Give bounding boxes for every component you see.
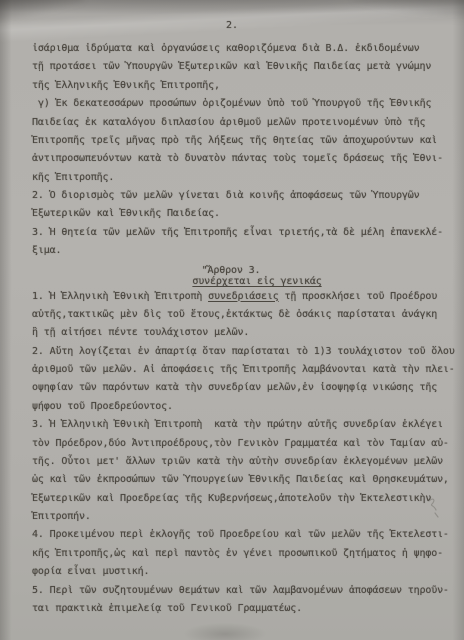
text-line: ἀντιπροσωπευόντων κατὰ τὸ δυνατὸν πάντας… bbox=[32, 150, 444, 168]
text-line: κῆς Ἐπιτροπῆς. bbox=[32, 169, 444, 187]
text-line: τῇ προτάσει τῶν Ὑπουργῶν Ἐξωτερικῶν καὶ … bbox=[32, 58, 444, 76]
underlined-word: συνεδριάσεις bbox=[208, 291, 278, 302]
article-heading: "Ἄρθρον 3. bbox=[25, 265, 437, 277]
article3-paragraph-5: 5. Περὶ τῶν συζητουμένων θεμάτων καὶ τῶν… bbox=[32, 582, 444, 600]
text-line: φορία εἶναι μυστική. bbox=[32, 563, 444, 581]
page-number: 2. bbox=[0, 20, 464, 31]
text-line: ἰσάριθμα ἱδρύματα καὶ ὀργανώσεις καθοριζ… bbox=[32, 40, 444, 58]
text-line: ψήφου τοῦ Προεδρεύοντος. bbox=[32, 398, 444, 416]
text-line: τῆς Ἑλληνικῆς Ἐθνικῆς Ἐπιτροπῆς, bbox=[32, 77, 444, 95]
document-body: ἰσάριθμα ἱδρύματα καὶ ὀργανώσεις καθοριζ… bbox=[32, 40, 444, 618]
document-page: 2. ἰσάριθμα ἱδρύματα καὶ ὀργανώσεις καθο… bbox=[0, 0, 464, 640]
text-line: Ἐπιτροπῆς τρεῖς μῆνας πρὸ τῆς λήξεως τῆς… bbox=[32, 132, 444, 150]
paper-fold-shadow-top-right bbox=[352, 0, 464, 16]
text-line: οψηφίαν τῶν παρόντων κατὰ τὴν συνεδρίαν … bbox=[32, 379, 444, 397]
article3-paragraph-4: 4. Προκειμένου περὶ ἐκλογῆς τοῦ Προεδρεί… bbox=[32, 526, 444, 544]
text-line: αὐτῆς,τακτικῶς μὲν δὶς τοῦ ἔτους,ἐκτάκτω… bbox=[32, 306, 444, 324]
paragraph-2: 2. Ὁ διορισμὸς τῶν μελῶν γίνεται διὰ κοι… bbox=[32, 187, 444, 205]
pencil-mark bbox=[422, 496, 446, 524]
text-line: τὸν Πρόεδρον,δύο Ἀντιπροέδρους,τὸν Γενικ… bbox=[32, 435, 444, 453]
article3-paragraph-3: 3. Ἡ Ἑλληνικὴ Ἐθνικὴ Ἐπιτροπὴ κατὰ τὴν π… bbox=[32, 416, 444, 434]
text-line: ἀριθμοῦ τῶν μελῶν. Αἱ ἀποφάσεις τῆς Ἐπιτ… bbox=[32, 361, 444, 379]
article3-paragraph-2: 2. Αὕτη λογίζεται ἐν ἀπαρτίᾳ ὅταν παρίστ… bbox=[32, 343, 444, 361]
paragraph-3: 3. Ἡ θητεία τῶν μελῶν τῆς Ἐπιτροπῆς εἶνα… bbox=[32, 224, 444, 242]
paper-fold-shadow-top-left bbox=[0, 0, 85, 21]
text-line: ἢ τῇ αἰτήσει πέντε τουλάχιστον μελῶν. bbox=[32, 324, 444, 342]
text-line: ξιμα. bbox=[32, 242, 444, 260]
text-line: ὡς καὶ τῶν ἐκπροσώπων τῶν Ὑπουργείων Ἐθν… bbox=[32, 471, 444, 489]
text-segment: τῇ προσκλήσει τοῦ Προέδρου bbox=[279, 291, 438, 302]
text-line: Ἐξωτερικῶν καὶ Ἐθνικῆς Παιδείας. bbox=[32, 205, 444, 223]
text-line: Ἐξωτερικῶν καὶ Προεδρείας τῆς Κυβερνήσεω… bbox=[32, 490, 444, 508]
text-line: Ἐπιτροπήν. bbox=[32, 508, 444, 526]
text-line: τῆς. Οὗτοι μετ' ἄλλων τριῶν κατὰ τὴν αὐτ… bbox=[32, 453, 444, 471]
clause-gamma: γ) Ἐκ δεκατεσσάρων προσώπων ὁριζομένων ὑ… bbox=[32, 95, 444, 113]
text-segment: 1. Ἡ Ἑλληνικὴ Ἐθνικὴ Ἐπιτροπὴ bbox=[32, 291, 208, 302]
text-line: Παιδείας ἐκ καταλόγου διπλασίου ἀριθμοῦ … bbox=[32, 114, 444, 132]
article-subheading-correction: συνέρχεται εἰς γενικάς bbox=[51, 276, 463, 288]
text-line: ται πρακτικὰ ἐπιμελείᾳ τοῦ Γενικοῦ Γραμμ… bbox=[32, 600, 444, 618]
article3-paragraph-1: 1. Ἡ Ἑλληνικὴ Ἐθνικὴ Ἐπιτροπὴ συνεδριάσε… bbox=[32, 288, 444, 306]
text-line: κῆς Ἐπιτροπῆς,ὡς καὶ περὶ παντὸς ἐν γένε… bbox=[32, 545, 444, 563]
